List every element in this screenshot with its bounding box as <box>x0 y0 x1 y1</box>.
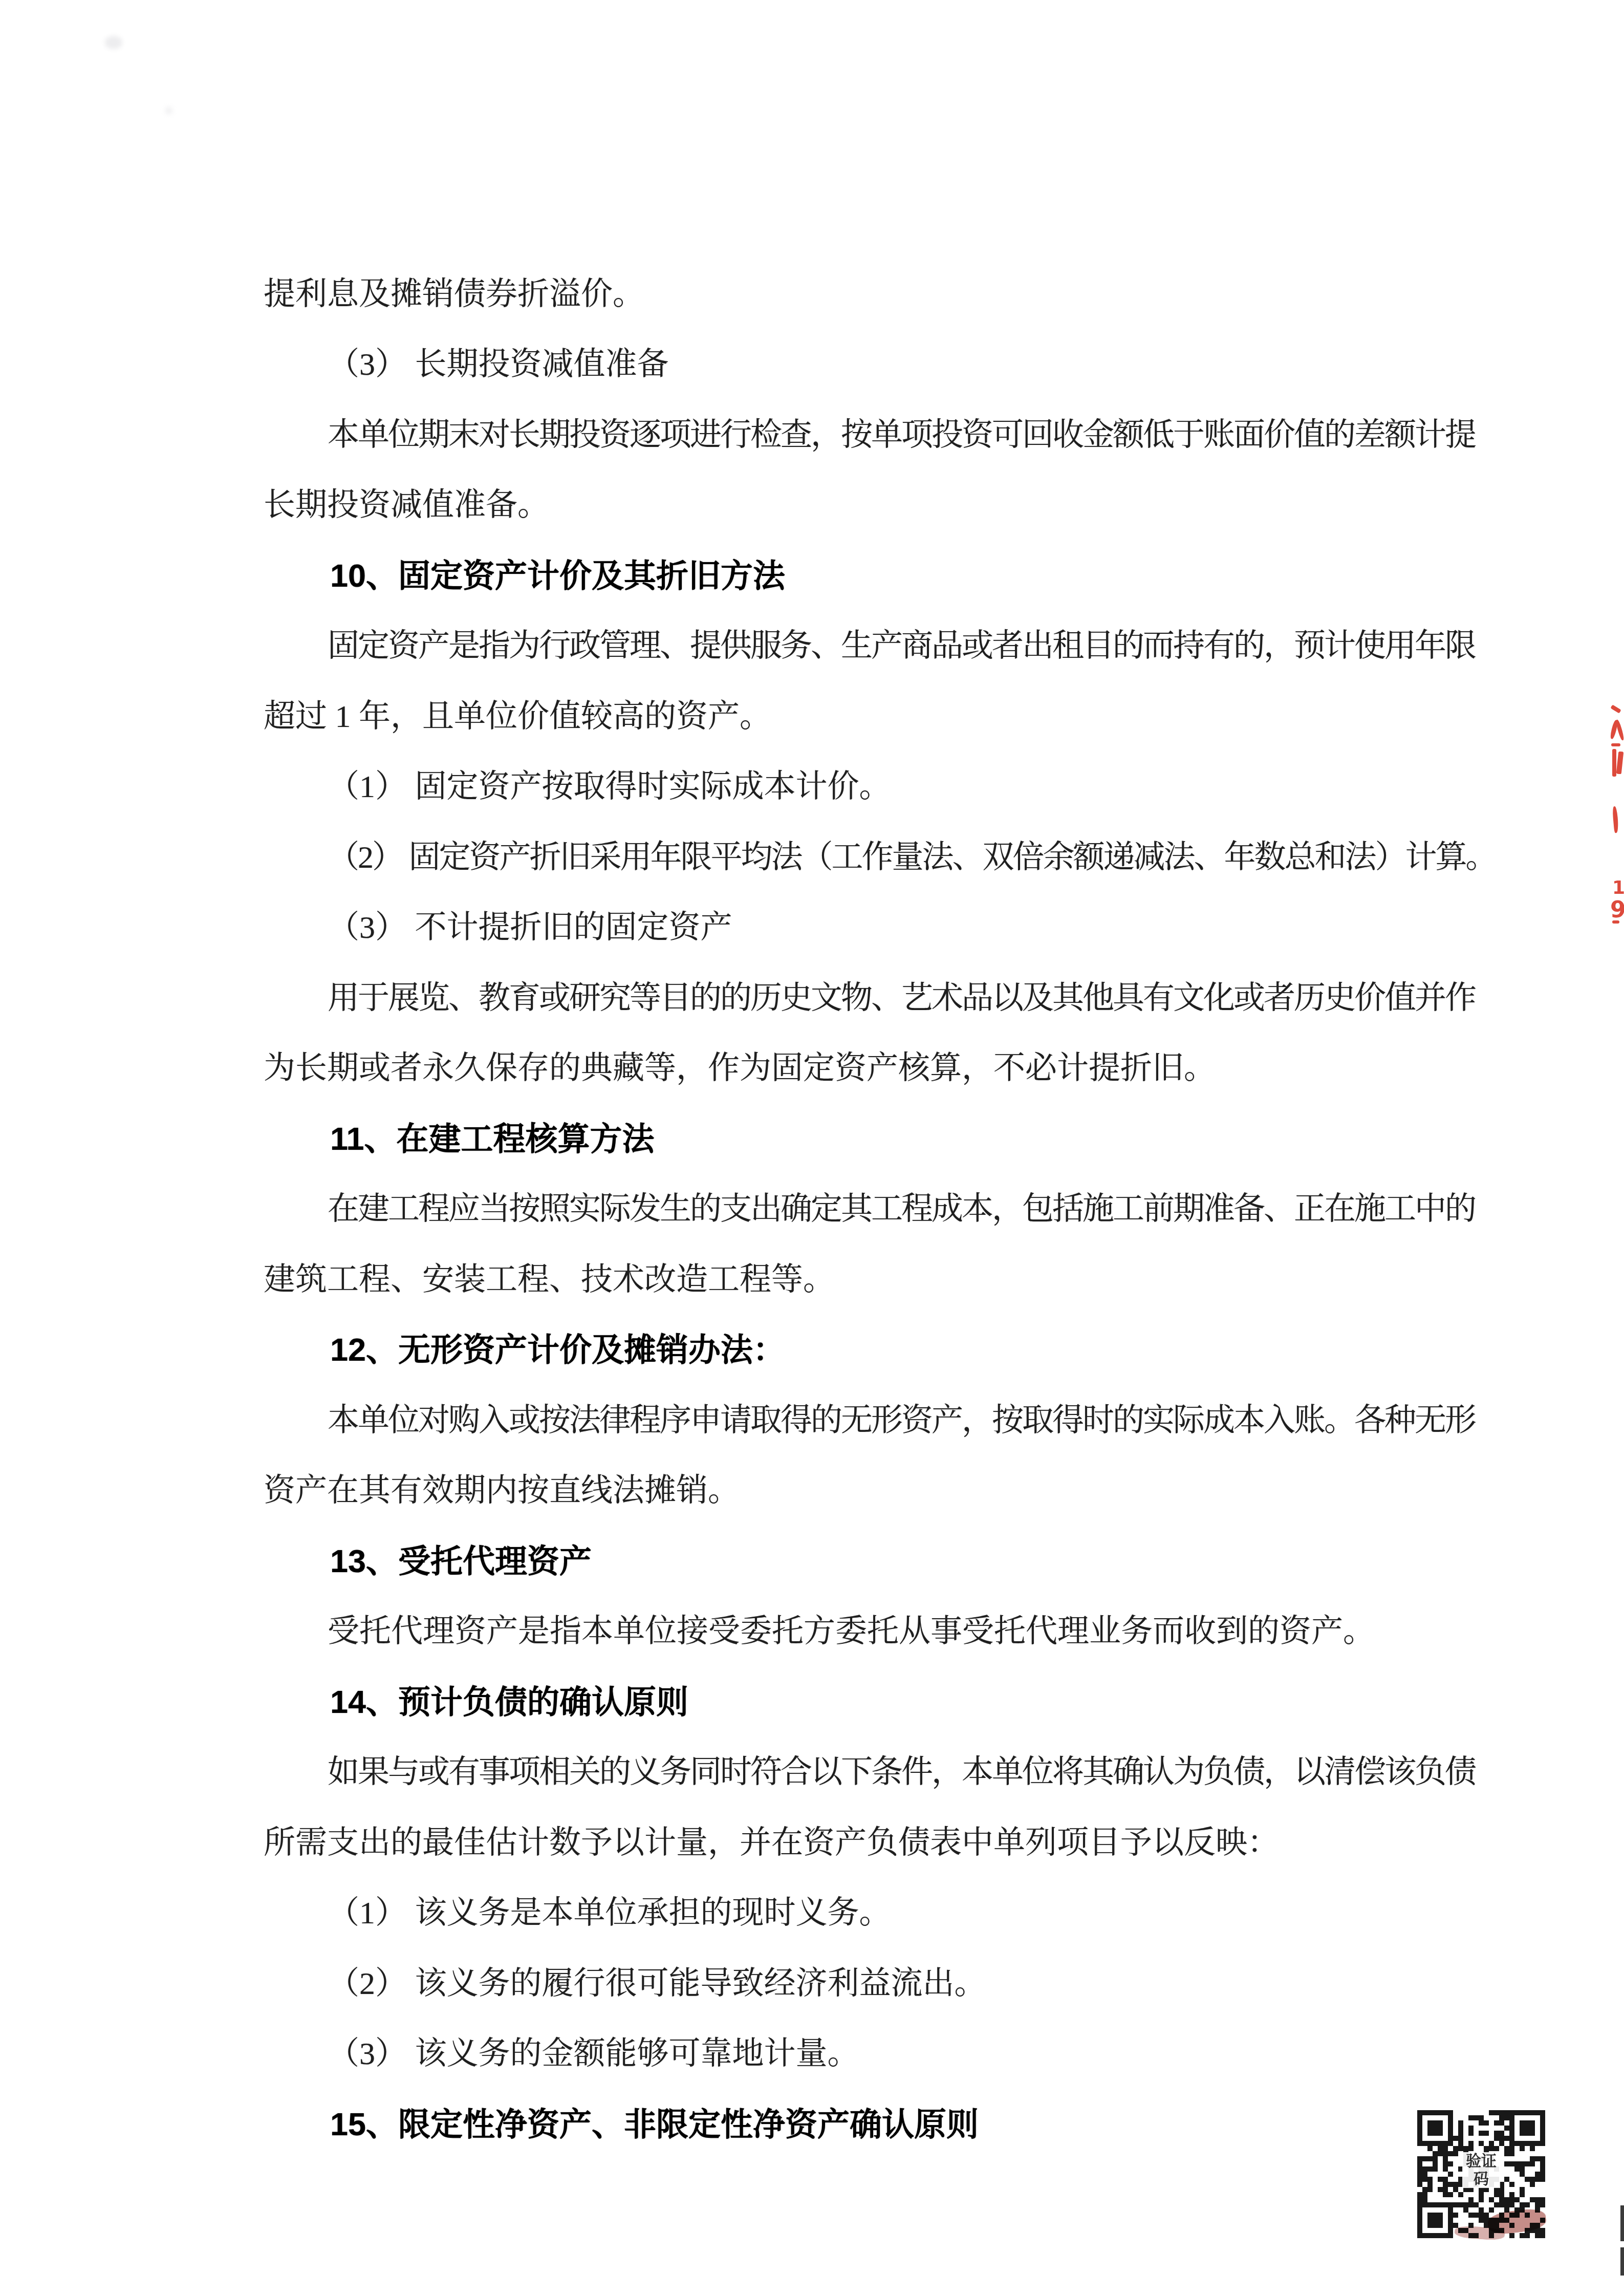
section-heading: 14、预计负债的确认原则 <box>330 1682 688 1723</box>
list-item: （3） 不计提折旧的固定资产 <box>328 907 732 948</box>
text-line: 本单位对购入或按法律程序申请取得的无形资产，按取得时的实际成本入账。各种无形 <box>328 1400 1475 1441</box>
scanned-document-page: 提利息及摊销债券折溢价。 （3） 长期投资减值准备 本单位期末对长期投资逐项进行… <box>0 0 1624 2296</box>
scan-edge-artifact <box>1620 2205 1624 2241</box>
text-line: 如果与或有事项相关的义务同时符合以下条件，本单位将其确认为负债，以清偿该负债 <box>328 1752 1475 1793</box>
list-item: （1） 固定资产按取得时实际成本计价。 <box>328 766 891 807</box>
red-edge-mark <box>1612 749 1616 777</box>
text-line: 在建工程应当按照实际发生的支出确定其工程成本，包括施工前期准备、正在施工中的 <box>328 1189 1475 1230</box>
scan-smudge <box>105 36 122 49</box>
red-edge-mark <box>1612 806 1619 833</box>
section-heading: 13、受托代理资产 <box>330 1541 592 1582</box>
text-line: 受托代理资产是指本单位接受委托方委托从事受托代理业务而收到的资产。 <box>328 1611 1375 1652</box>
red-edge-digit: 1 <box>1612 877 1624 898</box>
list-item: （2） 该义务的履行很可能导致经济利益流出。 <box>328 1963 986 2004</box>
text-line: 长期投资减值准备。 <box>264 485 549 526</box>
section-heading: 12、无形资产计价及摊销办法： <box>330 1329 785 1370</box>
section-heading: 11、在建工程核算方法 <box>330 1119 655 1160</box>
text-line: 为长期或者永久保存的典藏等，作为固定资产核算，不必计提折旧。 <box>264 1048 1216 1089</box>
red-edge-mark <box>1611 743 1620 746</box>
text-line: 本单位期末对长期投资逐项进行检查，按单项投资可回收金额低于账面价值的差额计提 <box>328 415 1475 456</box>
text-line: 建筑工程、安装工程、技术改造工程等。 <box>264 1259 835 1300</box>
scan-edge-artifact <box>1620 2247 1624 2276</box>
list-item: （2） 固定资产折旧采用年限平均法（工作量法、双倍余额递减法、年数总和法）计算。 <box>328 837 1496 878</box>
list-item: （1） 该义务是本单位承担的现时义务。 <box>328 1893 891 1934</box>
qr-code: 验证码 <box>1415 2105 1547 2244</box>
text-line: 固定资产是指为行政管理、提供服务、生产商品或者出租目的而持有的，预计使用年限 <box>328 626 1475 667</box>
qr-label: 验证码 <box>1462 2152 1500 2188</box>
red-edge-mark <box>1610 704 1621 713</box>
text-line: 所需支出的最佳估计数予以计量，并在资产负债表中单列项目予以反映： <box>264 1822 1279 1863</box>
text-line: 资产在其有效期内按直线法摊销。 <box>264 1470 740 1511</box>
scan-smudge <box>165 106 173 115</box>
section-heading: 10、固定资产计价及其折旧方法 <box>330 555 785 596</box>
section-heading: 15、限定性净资产、非限定性净资产确认原则 <box>330 2104 979 2145</box>
text-line: 提利息及摊销债券折溢价。 <box>264 274 644 315</box>
list-item: （3） 长期投资减值准备 <box>328 344 669 385</box>
red-edge-digit: 9 <box>1610 897 1624 923</box>
text-line: 超过 1 年，且单位价值较高的资产。 <box>264 696 771 737</box>
text-line: 用于展览、教育或研究等目的的历史文物、艺术品以及其他具有文化或者历史价值并作 <box>328 978 1475 1019</box>
list-item: （3） 该义务的金额能够可靠地计量。 <box>328 2033 859 2074</box>
red-edge-mark <box>1616 752 1624 775</box>
red-edge-mark <box>1612 920 1619 924</box>
red-edge-mark <box>1615 719 1624 741</box>
